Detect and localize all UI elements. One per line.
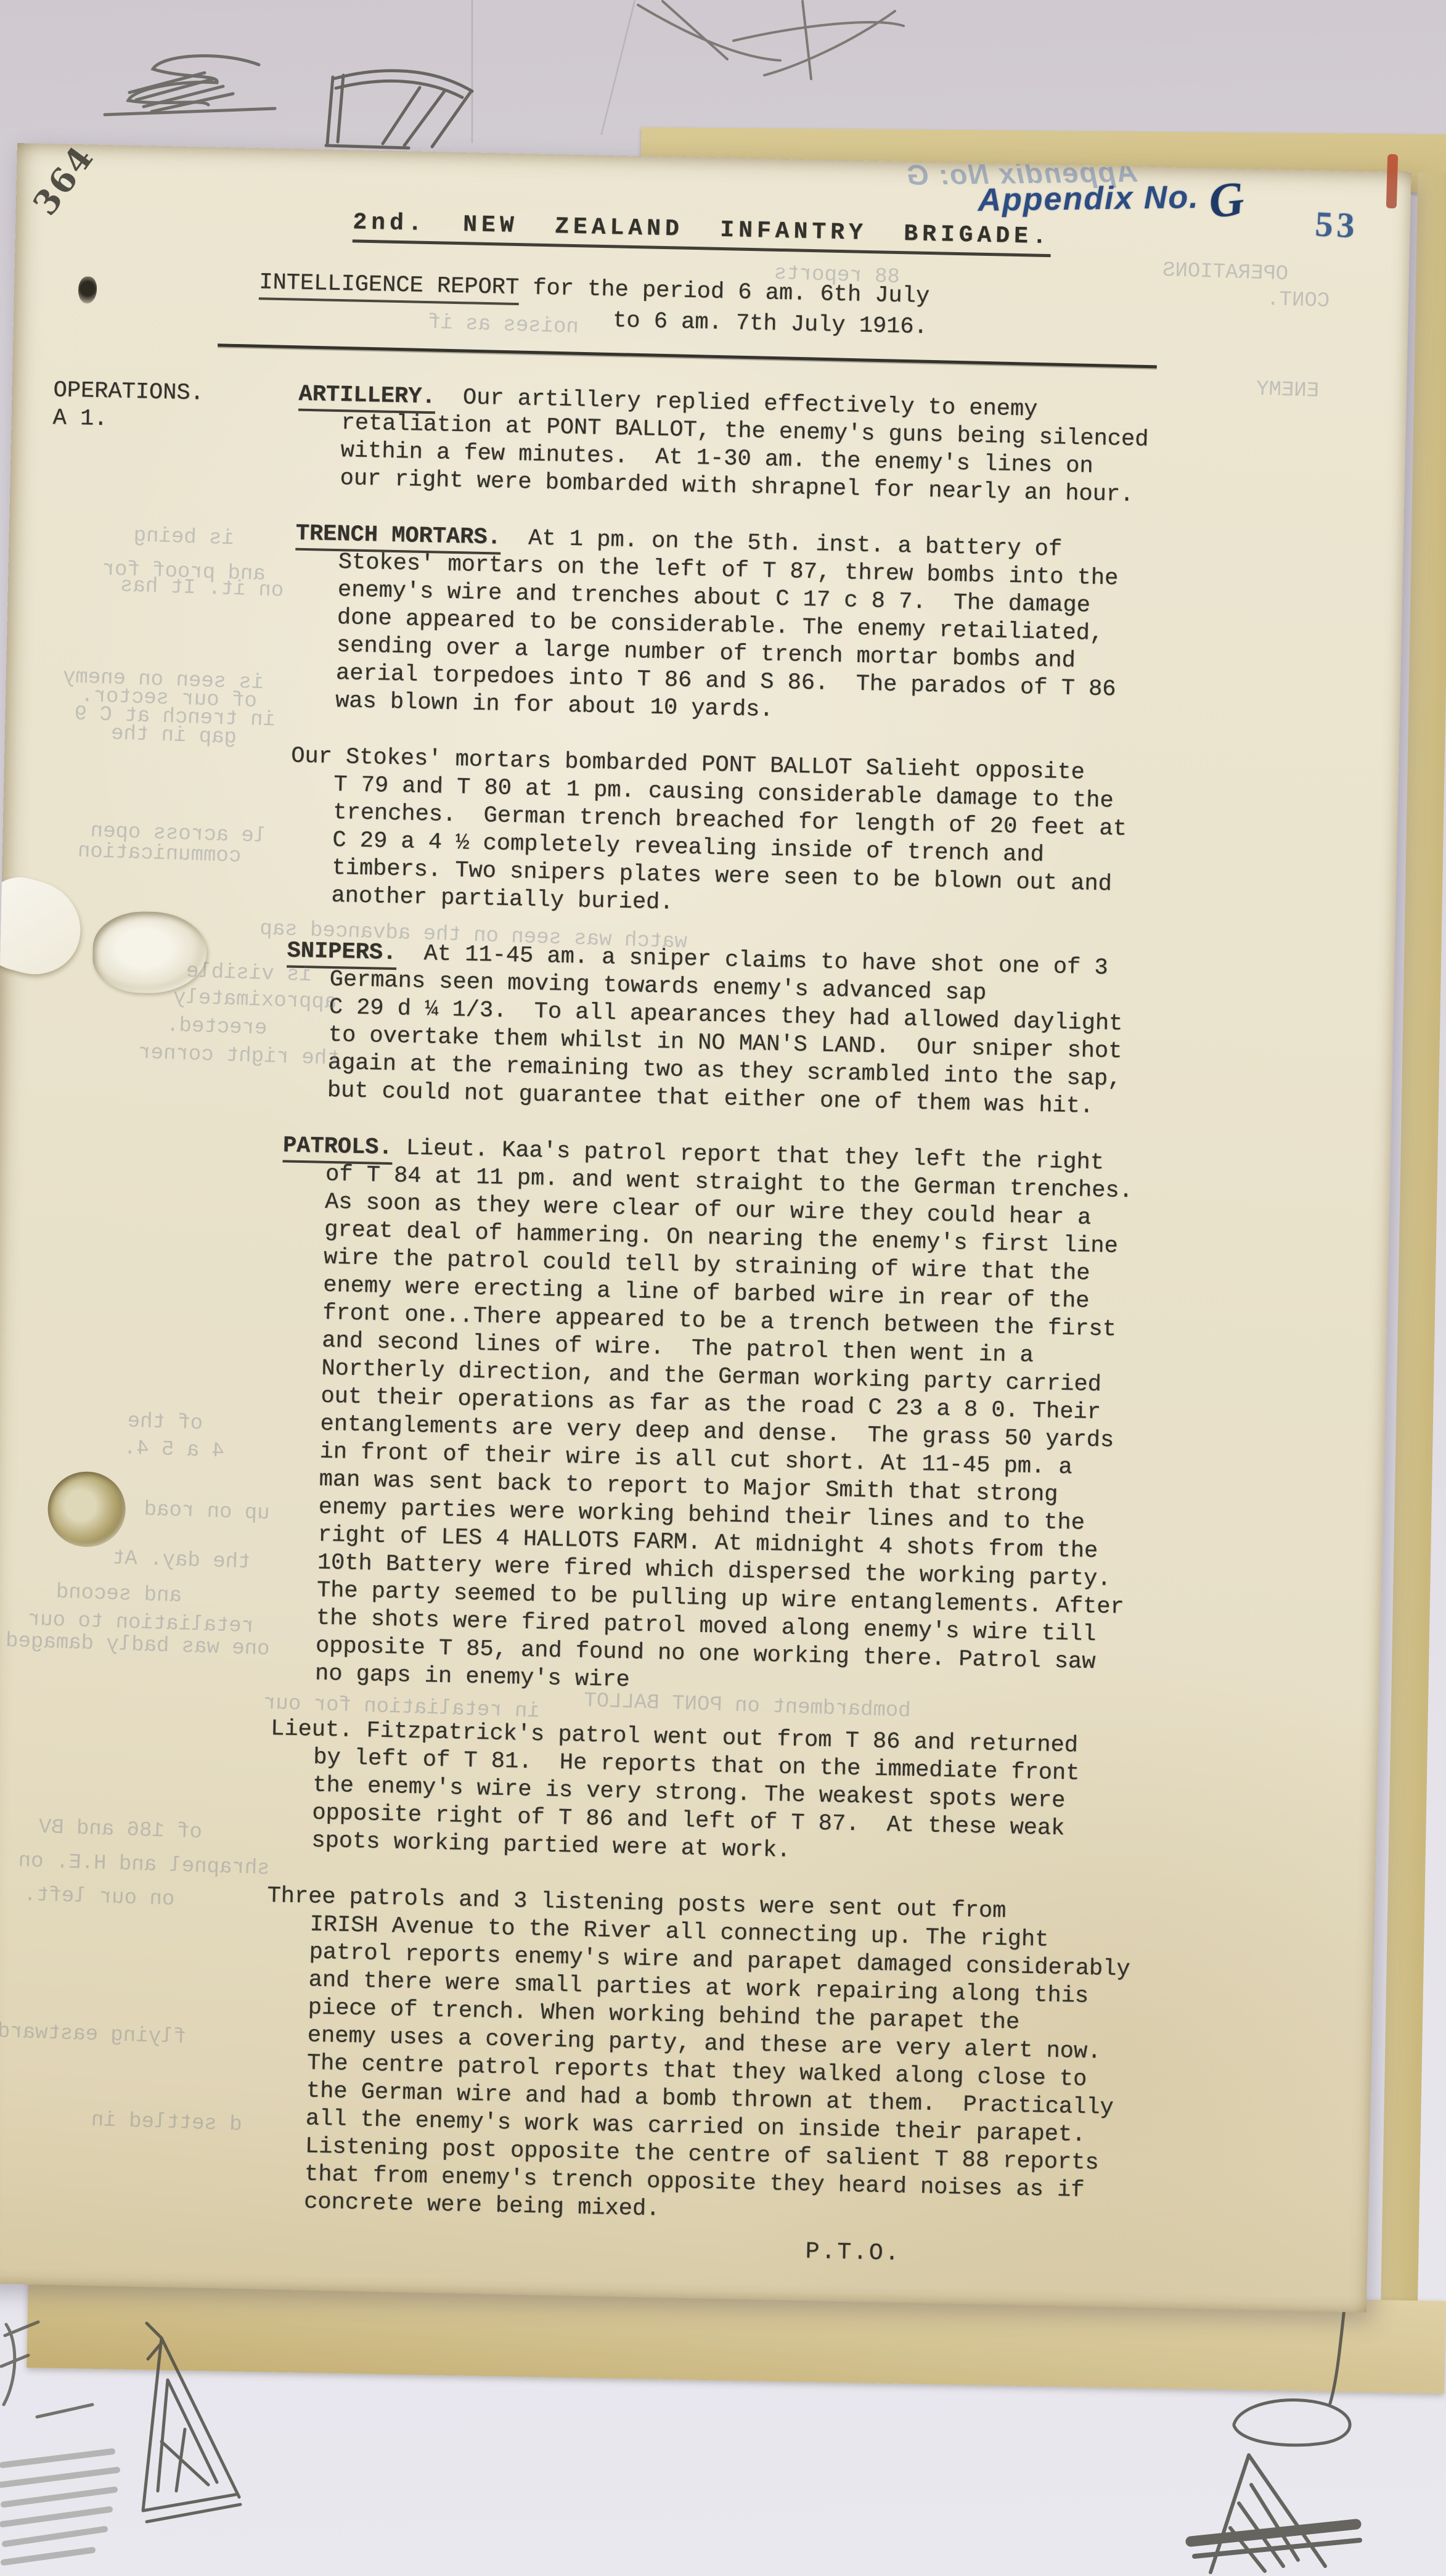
report-section: PATROLS. Lieut. Kaa's patrol report that… [0, 1126, 1391, 1710]
section-heading: PATROLS. [282, 1133, 393, 1165]
pencil-harp-top-left [326, 71, 472, 148]
pencil-twigs-top-right [638, 1, 904, 79]
red-edge-mark [1386, 154, 1398, 208]
report-body: OPERATIONS.A 1.ARTILLERY. Our artillery … [0, 375, 1407, 2278]
backing-crease-2 [600, 0, 636, 135]
report-section: TRENCH MORTARS. At 1 pm. on the 5th. ins… [6, 514, 1403, 737]
scan-background: Appendix No: G 364 Appendix No. G 53 2nd… [0, 0, 1446, 2576]
report-subtitle-line2: to 6 am. 7th July 1916. [613, 308, 928, 340]
margin-label: OPERATIONS. [53, 377, 204, 408]
report-subtitle-rest: for the period 6 am. 6th July [519, 275, 930, 310]
report-section: Three patrols and 3 listening posts were… [0, 1876, 1375, 2238]
pencil-scribble-top-left [105, 56, 275, 115]
document-page: Appendix No: G 364 Appendix No. G 53 2nd… [0, 143, 1411, 2313]
typed-content: 2nd. NEW ZEALAND INFANTRY BRIGADE. INTEL… [0, 143, 1411, 2313]
document-title: 2nd. NEW ZEALAND INFANTRY BRIGADE. [353, 209, 1051, 257]
page-footer-pto: P.T.O. [805, 2238, 1368, 2278]
report-subtitle-line1: INTELLIGENCE REPORT for the period 6 am.… [259, 269, 930, 310]
backing-crease [471, 0, 473, 143]
report-subtitle-underlined: INTELLIGENCE REPORT [259, 269, 520, 305]
report-section: Our Stokes' mortars bombarded PONT BALLO… [1, 737, 1399, 932]
pencil-spear-bottom-right [1191, 2455, 1360, 2572]
margin-label: A 1. [52, 404, 108, 433]
pencil-hatch-bottom-left [1, 2451, 117, 2562]
report-section: Lieut. Fitzpatrick's patrol went out fro… [0, 1709, 1378, 1877]
report-section: SNIPERS. At 11-45 am. a sniper claims to… [0, 932, 1395, 1127]
section-heading: SNIPERS. [287, 938, 397, 970]
horizontal-rule [218, 343, 1157, 368]
report-section: OPERATIONS.A 1.ARTILLERY. Our artillery … [10, 375, 1406, 515]
section-heading: ARTILLERY. [298, 382, 436, 414]
